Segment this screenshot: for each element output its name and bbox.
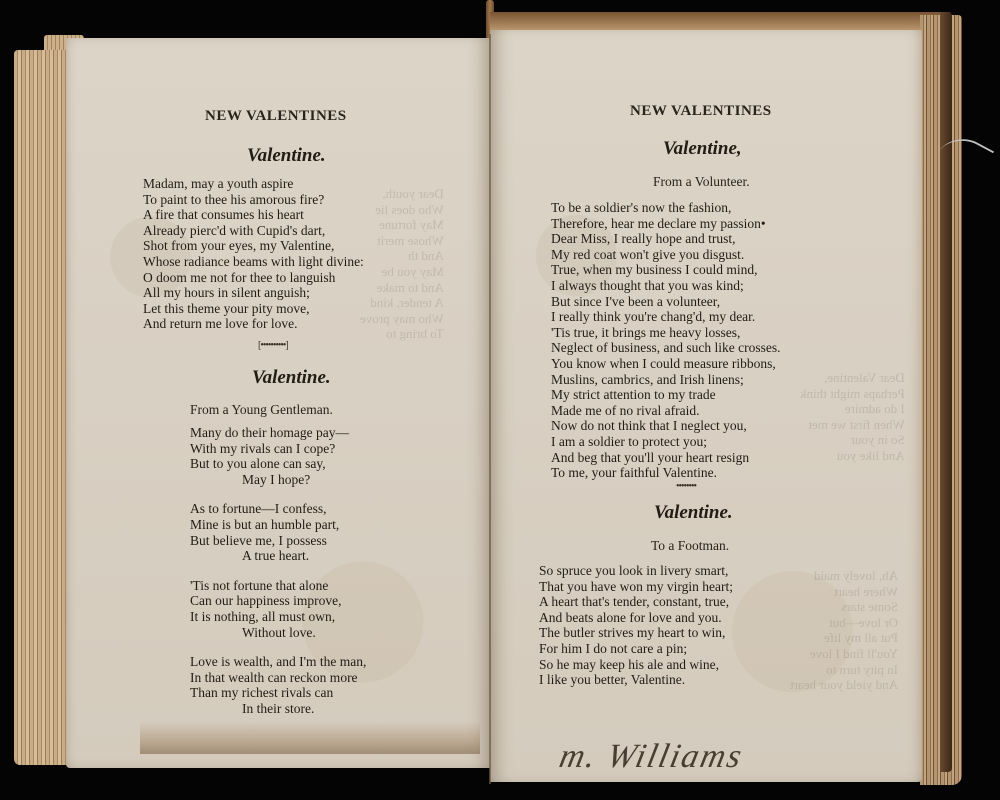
poem-subtitle: To a Footman. <box>651 538 729 554</box>
poem-title: Valentine, <box>663 138 742 160</box>
verse-line: Love is wealth, and I'm the man, <box>190 654 366 670</box>
verse-line: But since I've been a volunteer, <box>551 294 780 310</box>
verse-line: But to you alone can say, <box>190 456 366 472</box>
verse-line: And return me love for love. <box>143 316 364 332</box>
verse-line: A fire that consumes his heart <box>143 207 364 223</box>
verse-line: Many do their homage pay— <box>190 425 366 441</box>
open-book: Dear youth, Who does lie May fortune Who… <box>0 0 1000 800</box>
verse-line: You know when I could measure ribbons, <box>551 356 780 372</box>
verse-line: I am a soldier to protect you; <box>551 434 780 450</box>
verse-line: For him I do not care a pin; <box>539 641 733 657</box>
handwritten-signature: m. Williams <box>556 738 747 776</box>
water-stain <box>140 722 480 754</box>
verse-line: I really think you're chang'd, my dear. <box>551 309 780 325</box>
verse-line: Muslins, cambrics, and Irish linens; <box>551 372 780 388</box>
poem-body: Madam, may a youth aspire To paint to th… <box>143 176 364 332</box>
poem-body: So spruce you look in livery smart, That… <box>539 563 733 688</box>
verse-line: To be a soldier's now the fashion, <box>551 200 780 216</box>
verse-line: Whose radiance beams with light divine: <box>143 254 364 270</box>
stanza-gap <box>190 640 366 654</box>
cover-spine-right <box>940 12 952 772</box>
verse-line: My strict attention to my trade <box>551 387 780 403</box>
verse-line: True, when my business I could mind, <box>551 262 780 278</box>
verse-line: Than my richest rivals can <box>190 685 366 701</box>
verse-line: Dear Miss, I really hope and trust, <box>551 231 780 247</box>
gutter <box>489 34 491 784</box>
verse-line: With my rivals can I cope? <box>190 441 366 457</box>
verse-line: To me, your faithful Valentine. <box>551 465 780 481</box>
verse-line: So he may keep his ale and wine, <box>539 657 733 673</box>
verse-line: Madam, may a youth aspire <box>143 176 364 192</box>
verse-line: Let this theme your pity move, <box>143 301 364 317</box>
verse-line: A true heart. <box>190 548 366 564</box>
verse-line: In that wealth can reckon more <box>190 670 366 686</box>
verse-line: Shot from your eyes, my Valentine, <box>143 238 364 254</box>
verse-line: I like you better, Valentine. <box>539 672 733 688</box>
poem-subtitle: From a Young Gentleman. <box>190 402 333 418</box>
poem-title: Valentine. <box>654 502 733 524</box>
verse-line: 'Tis true, it brings me heavy losses, <box>551 325 780 341</box>
verse-line: And beg that you'll your heart resign <box>551 450 780 466</box>
verse-line: In their store. <box>190 701 366 717</box>
poem-title: Valentine. <box>252 367 331 389</box>
verse-line: Already pierc'd with Cupid's dart, <box>143 223 364 239</box>
ornament-divider: •••••••• <box>676 481 696 492</box>
verse-line: The butler strives my heart to win, <box>539 625 733 641</box>
poem-subtitle: From a Volunteer. <box>653 174 750 190</box>
verse-line: That you have won my virgin heart; <box>539 579 733 595</box>
verse-line: All my hours in silent anguish; <box>143 285 364 301</box>
cover-top-edge <box>490 12 950 30</box>
bleed-through-text: Dear Valentine, Perhaps might think I do… <box>800 370 905 464</box>
poem-title: Valentine. <box>247 145 326 167</box>
stanza-gap <box>190 564 366 578</box>
bleed-through-text: Dear youth, Who does lie May fortune Who… <box>360 186 444 342</box>
verse-line: A heart that's tender, constant, true, <box>539 594 733 610</box>
verse-line: To paint to thee his amorous fire? <box>143 192 364 208</box>
running-head-left: NEW VALENTINES <box>205 108 347 125</box>
bleed-through-text: Ah, lovely maid Where heart Some stars O… <box>790 568 898 693</box>
verse-line: My red coat won't give you disgust. <box>551 247 780 263</box>
verse-line: O doom me not for thee to languish <box>143 270 364 286</box>
verse-line: 'Tis not fortune that alone <box>190 578 366 594</box>
running-head-right: NEW VALENTINES <box>630 103 772 120</box>
verse-line: Neglect of business, and such like cross… <box>551 340 780 356</box>
poem-body: Many do their homage pay— With my rivals… <box>190 425 366 717</box>
stanza-gap <box>190 487 366 501</box>
verse-line: It is nothing, all must own, <box>190 609 366 625</box>
verse-line: Made me of no rival afraid. <box>551 403 780 419</box>
verse-line: So spruce you look in livery smart, <box>539 563 733 579</box>
verse-line: May I hope? <box>190 472 366 488</box>
verse-line: I always thought that you was kind; <box>551 278 780 294</box>
verse-line: As to fortune—I confess, <box>190 501 366 517</box>
page-edges-left <box>14 50 74 765</box>
ornament-divider: [••••••••••] <box>258 340 288 351</box>
verse-line: Mine is but an humble part, <box>190 517 366 533</box>
verse-line: Without love. <box>190 625 366 641</box>
verse-line: And beats alone for love and you. <box>539 610 733 626</box>
verse-line: But believe me, I possess <box>190 533 366 549</box>
poem-body: To be a soldier's now the fashion, There… <box>551 200 780 481</box>
verse-line: Now do not think that I neglect you, <box>551 418 780 434</box>
verse-line: Therefore, hear me declare my passion• <box>551 216 780 232</box>
verse-line: Can our happiness improve, <box>190 593 366 609</box>
